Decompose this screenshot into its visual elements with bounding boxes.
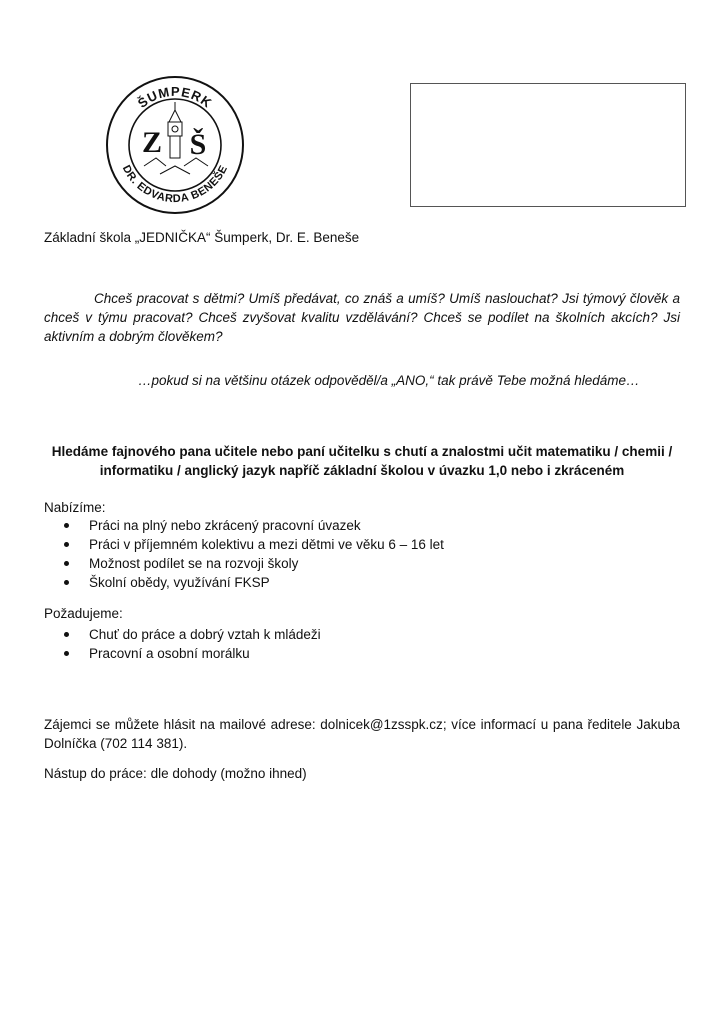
- contact-paragraph: Zájemci se můžete hlásit na mailové adre…: [44, 715, 680, 753]
- bullet-icon: [64, 542, 69, 547]
- job-headline: Hledáme fajnového pana učitele nebo paní…: [44, 442, 680, 480]
- offer-title: Nabízíme:: [44, 500, 106, 515]
- start-date: Nástup do práce: dle dohody (možno ihned…: [44, 766, 307, 781]
- list-item: Školní obědy, využívání FKSP: [62, 573, 444, 592]
- offer-list: Práci na plný nebo zkrácený pracovní úva…: [62, 516, 444, 592]
- requirements-list: Chuť do práce a dobrý vztah k mládeži Pr…: [62, 625, 321, 663]
- list-item: Možnost podílet se na rozvoji školy: [62, 554, 444, 573]
- bullet-icon: [64, 632, 69, 637]
- bullet-icon: [64, 651, 69, 656]
- bullet-icon: [64, 580, 69, 585]
- photo-placeholder-box: [410, 83, 686, 207]
- email-link[interactable]: dolnicek@1zsspk.cz: [320, 717, 443, 732]
- list-item: Chuť do práce a dobrý vztah k mládeži: [62, 625, 321, 644]
- closing-line: …pokud si na většinu otázek odpověděl/a …: [138, 373, 640, 388]
- school-name: Základní škola „JEDNIČKA“ Šumperk, Dr. E…: [44, 230, 359, 245]
- bullet-icon: [64, 561, 69, 566]
- list-item: Pracovní a osobní morálku: [62, 644, 321, 663]
- intro-paragraph: Chceš pracovat s dětmi? Umíš předávat, c…: [44, 289, 680, 346]
- school-logo: ŠUMPERK DR. EDVARDA BENEŠE Z Š: [104, 74, 246, 216]
- svg-text:Š: Š: [190, 128, 207, 161]
- svg-text:Z: Z: [142, 126, 162, 159]
- requirements-title: Požadujeme:: [44, 606, 123, 621]
- list-item: Práci v příjemném kolektivu a mezi dětmi…: [62, 535, 444, 554]
- bullet-icon: [64, 523, 69, 528]
- list-item: Práci na plný nebo zkrácený pracovní úva…: [62, 516, 444, 535]
